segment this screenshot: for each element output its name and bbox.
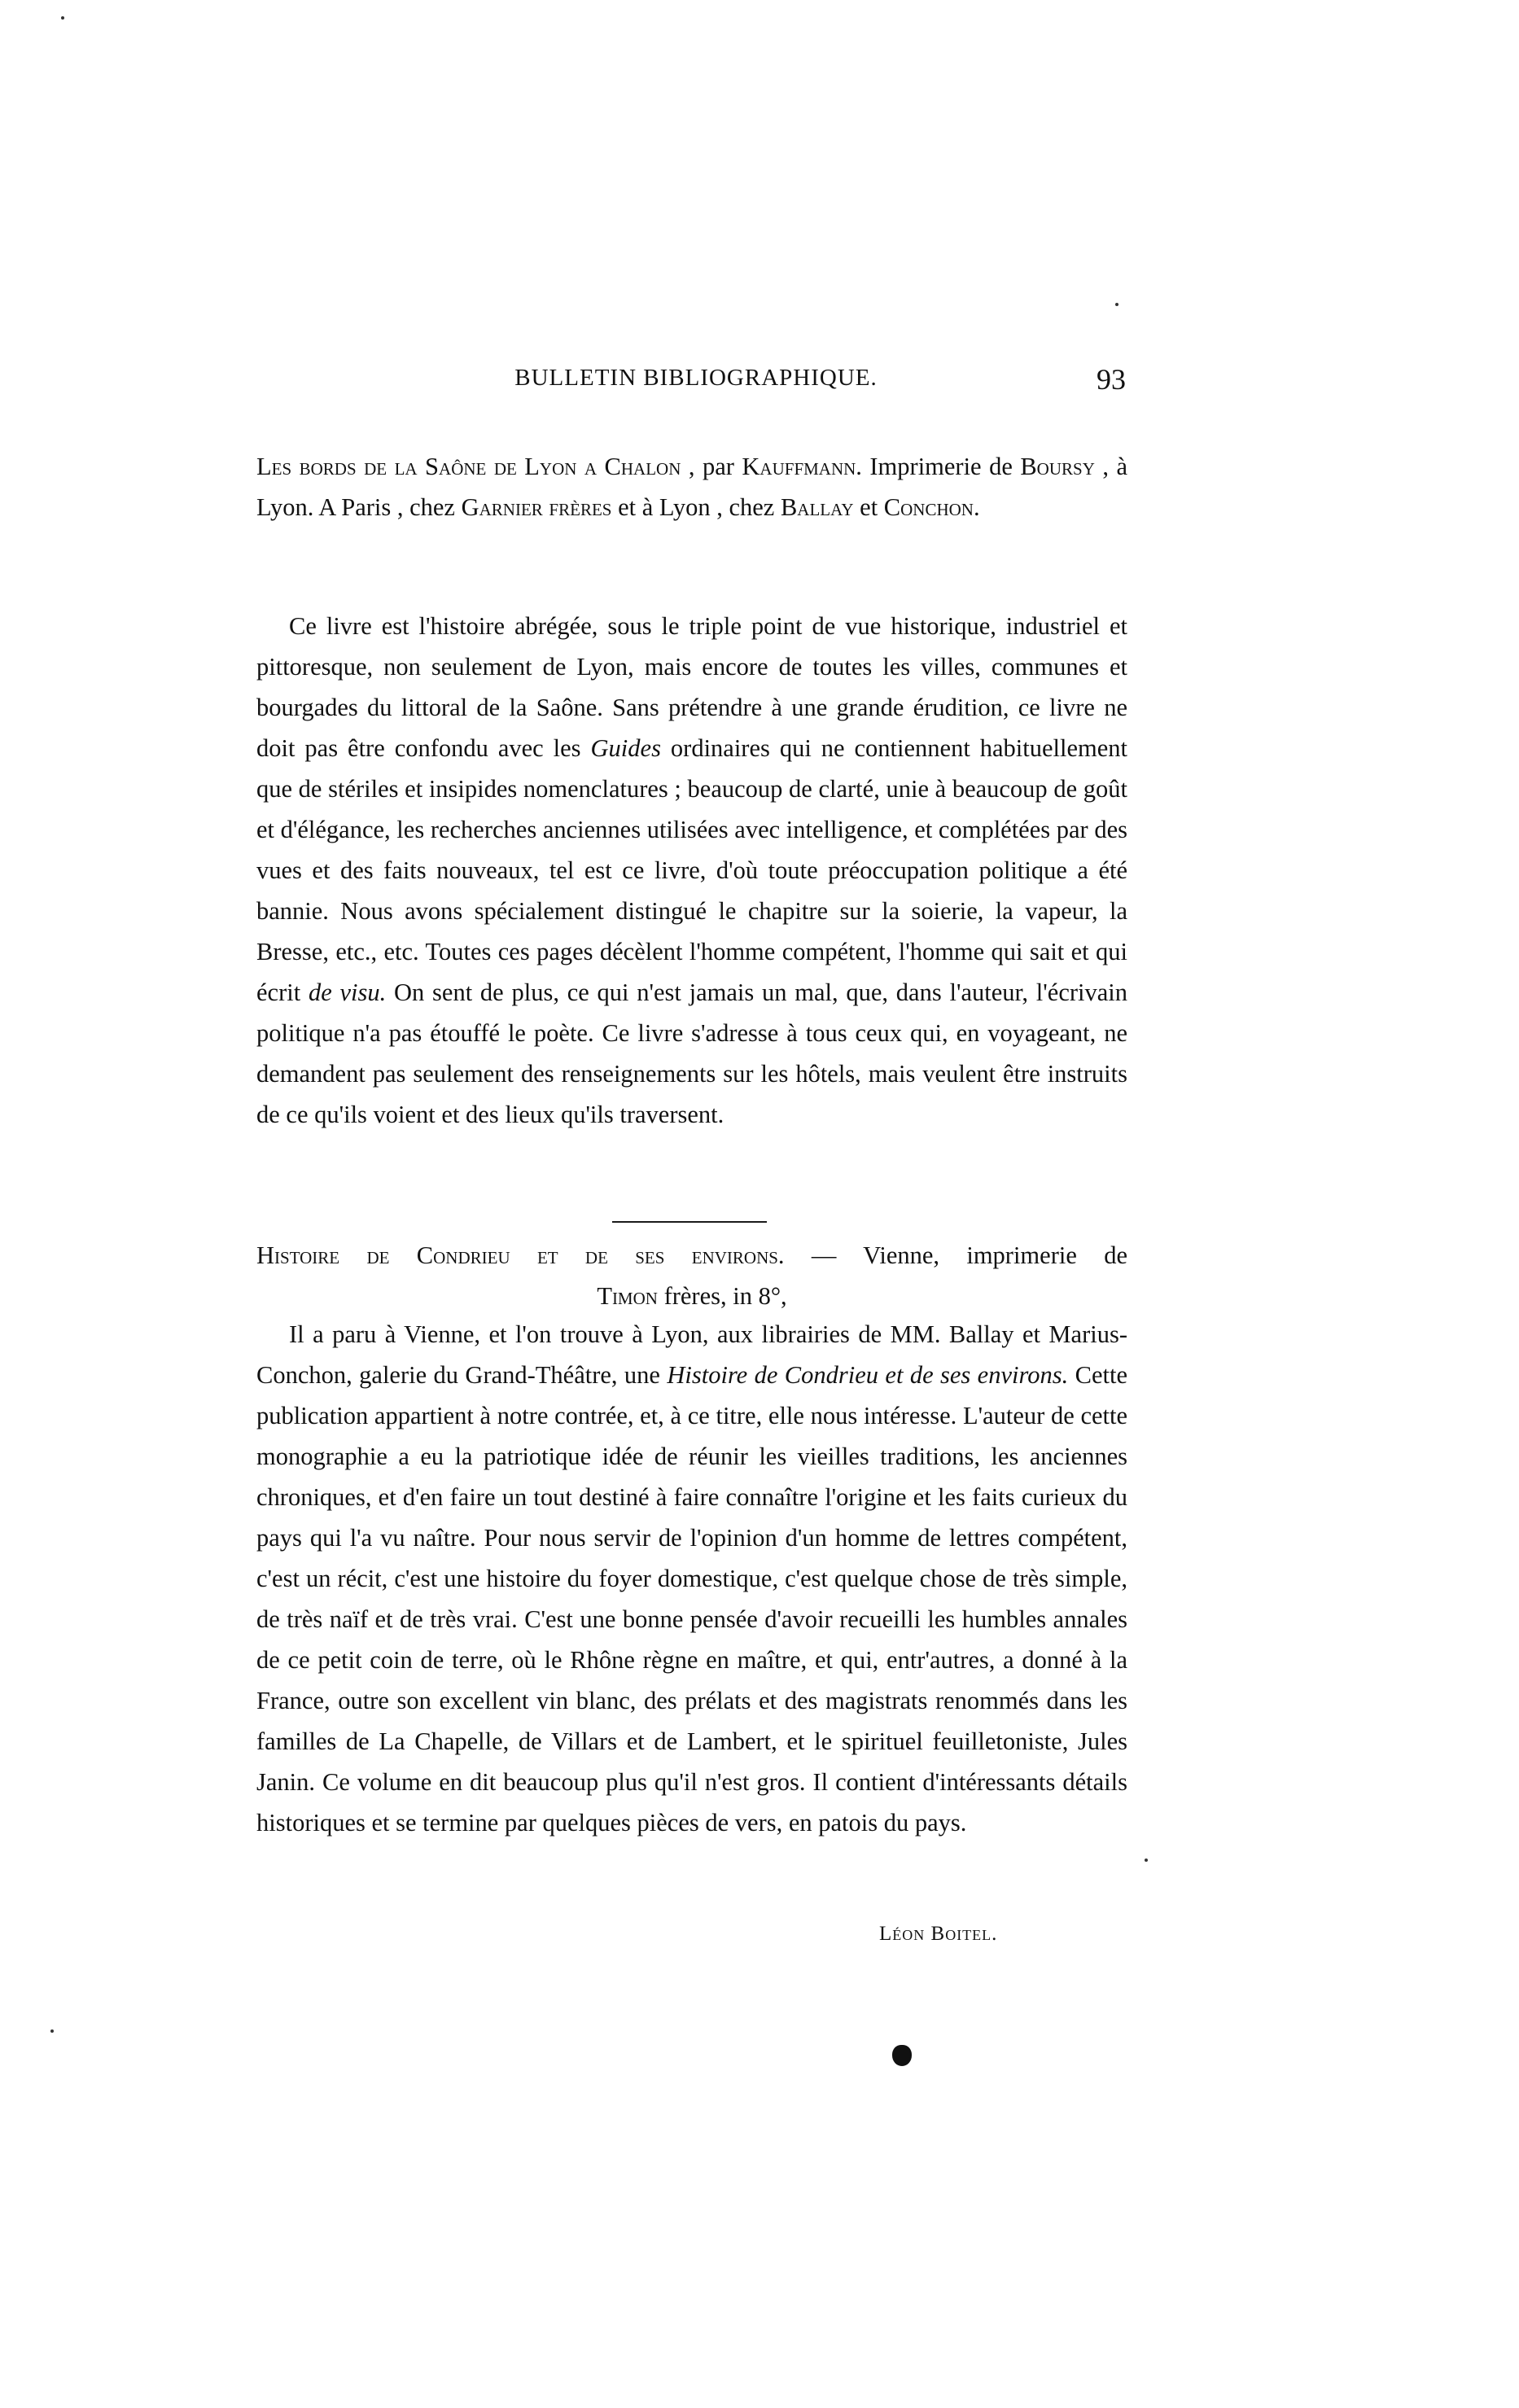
section-divider [612,1221,767,1223]
italic-run: de visu. [309,979,386,1006]
text-run: ordinaires qui ne contiennent habituelle… [256,734,1127,1006]
entry-2-title: Histoire de Condrieu et de ses environs. [256,1241,785,1269]
entry-2-citation-line-2: Timon frères, in 8°, [256,1276,1127,1316]
italic-run: Histoire de Condrieu et de ses environs. [667,1361,1068,1389]
text-run: Cette publication appartient à notre con… [256,1361,1127,1837]
entry-2-citation: Histoire de Condrieu et de ses environs.… [256,1235,1127,1276]
entry-1-sep: . [974,493,980,521]
entry-1-review: Ce livre est l'histoire abrégée, sous le… [256,606,1127,1135]
text-run: On sent de plus, ce qui n'est jamais un … [256,979,1127,1128]
entry-1-citation: Les bords de la Saône de Lyon a Chalon ,… [256,453,1127,521]
scan-speck [1145,1859,1148,1862]
entry-1-sep: et [854,493,884,521]
entry-2-paragraph: Il a paru à Vienne, et l'on trouve à Lyo… [256,1314,1127,1843]
book-page: BULLETIN BIBLIOGRAPHIQUE. 93 Les bords d… [0,0,1519,2408]
entry-1-sep: , par [681,453,742,480]
entry-1-publisher: Garnier frères [462,493,612,521]
scan-speck [61,16,64,20]
running-head: BULLETIN BIBLIOGRAPHIQUE. 93 [256,365,1127,397]
entry-1-publisher: Ballay [781,493,854,521]
author-signature: Léon Boitel. [879,1923,997,1946]
ink-blot-ornament [892,2045,912,2066]
entry-1-author: Kauffmann [742,453,856,480]
running-title: BULLETIN BIBLIOGRAPHIQUE. [256,365,1127,392]
entry-1-paragraph: Ce livre est l'histoire abrégée, sous le… [256,606,1127,1135]
entry-2-printer: Timon [597,1282,658,1310]
italic-run: Guides [591,734,661,762]
entry-1-sep: et à Lyon , chez [611,493,780,521]
scan-speck [50,2029,54,2033]
entry-1-title: Les bords de la Saône de Lyon a Chalon [256,453,681,480]
entry-2-heading: Histoire de Condrieu et de ses environs.… [256,1235,1127,1316]
entry-2-review: Il a paru à Vienne, et l'on trouve à Lyo… [256,1314,1127,1843]
page-number: 93 [1097,362,1126,396]
entry-1-printer: Boursy [1020,453,1095,480]
entry-2-sep: frères, in 8°, [658,1282,787,1310]
scan-speck [1115,303,1118,306]
entry-1-heading: Les bords de la Saône de Lyon a Chalon ,… [256,446,1127,528]
entry-2-sep: — Vienne, imprimerie de [785,1241,1127,1269]
entry-1-publisher: Conchon [884,493,974,521]
entry-1-sep: . Imprimerie de [856,453,1020,480]
